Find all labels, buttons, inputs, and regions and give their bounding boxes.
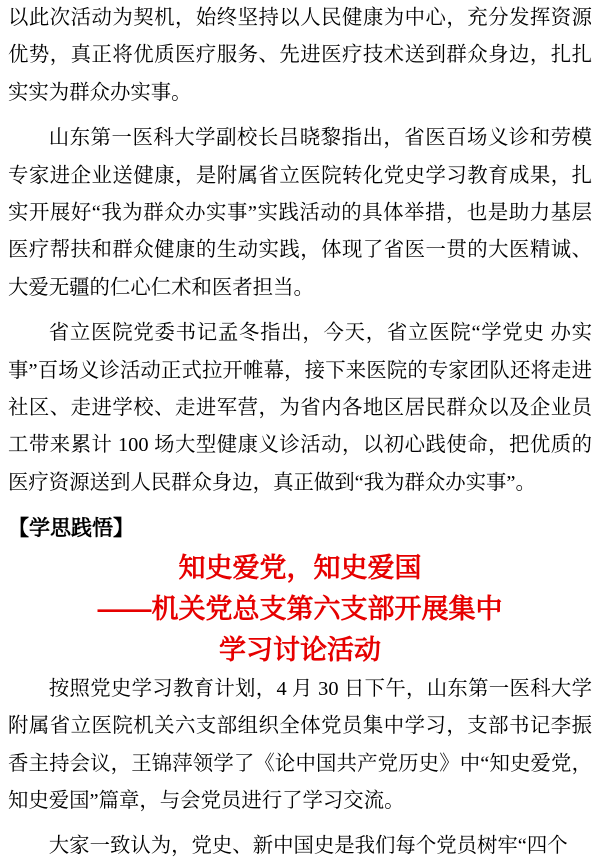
- body-paragraph-consensus-truncated: 大家一致认为，党史、新中国史是我们每个党员树牢“四个: [8, 828, 592, 861]
- body-paragraph-activity-conclusion: 以此次活动为契机，始终坚持以人民健康为中心，充分发挥资源优势，真正将优质医疗服务…: [8, 0, 592, 112]
- article-heading: 知史爱党，知史爱国 ——机关党总支第六支部开展集中 学习讨论活动: [8, 548, 592, 671]
- document-page: 以此次活动为契机，始终坚持以人民健康为中心，充分发挥资源优势，真正将优质医疗服务…: [0, 0, 600, 861]
- article-heading-line-3: 学习讨论活动: [8, 630, 592, 671]
- body-paragraph-vice-president-remarks: 山东第一医科大学副校长吕晓黎指出，省医百场义诊和劳模专家进企业送健康，是附属省立…: [8, 120, 592, 307]
- article-heading-line-2: ——机关党总支第六支部开展集中: [8, 589, 592, 630]
- article-heading-line-1: 知史爱党，知史爱国: [8, 548, 592, 589]
- body-paragraph-study-session: 按照党史学习教育计划，4 月 30 日下午，山东第一医科大学附属省立医院机关六支…: [8, 671, 592, 821]
- body-paragraph-party-secretary-remarks: 省立医院党委书记孟冬指出，今天，省立医院“学党史 办实事”百场义诊活动正式拉开帷…: [8, 315, 592, 502]
- section-label: 【学思践悟】: [8, 510, 592, 547]
